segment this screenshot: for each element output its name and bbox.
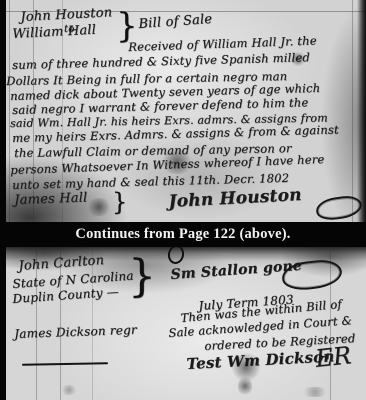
ruled-line-vertical bbox=[352, 0, 353, 222]
document-title: Bill of Sale bbox=[138, 12, 213, 32]
scan-edge-shadow bbox=[0, 247, 6, 400]
ink-smudge bbox=[300, 387, 330, 397]
seal-flourish bbox=[315, 194, 364, 222]
ink-mark bbox=[166, 247, 186, 265]
clerk-monogram: ER bbox=[314, 341, 353, 373]
scan-edge-shadow bbox=[0, 0, 6, 222]
ink-smudge bbox=[290, 52, 306, 66]
scanned-page: John Houston to William Hall } Bill of S… bbox=[0, 0, 366, 400]
ink-smudge bbox=[160, 150, 194, 174]
witness-bracket: } bbox=[112, 188, 127, 216]
ink-smudge bbox=[60, 385, 78, 395]
scan-edge-shadow bbox=[357, 0, 366, 222]
margin-note: James Dickson regr bbox=[14, 323, 137, 341]
caption-text: Continues from Page 122 (above). bbox=[75, 226, 290, 243]
underline-stroke bbox=[22, 362, 108, 366]
signature-houston: John Houston bbox=[168, 185, 302, 212]
top-scan: John Houston to William Hall } Bill of S… bbox=[0, 0, 366, 222]
witness-name: James Hall bbox=[14, 190, 88, 208]
ruled-line-vertical bbox=[9, 0, 10, 222]
ink-smudge bbox=[86, 198, 112, 216]
bottom-scan: John Carlton State of N Carolina Duplin … bbox=[0, 247, 366, 400]
party-name-hall: William Hall bbox=[12, 23, 96, 42]
left-block-bracket: } bbox=[128, 251, 156, 302]
ink-smudge bbox=[238, 375, 252, 397]
caption-bar: Continues from Page 122 (above). bbox=[0, 222, 366, 247]
